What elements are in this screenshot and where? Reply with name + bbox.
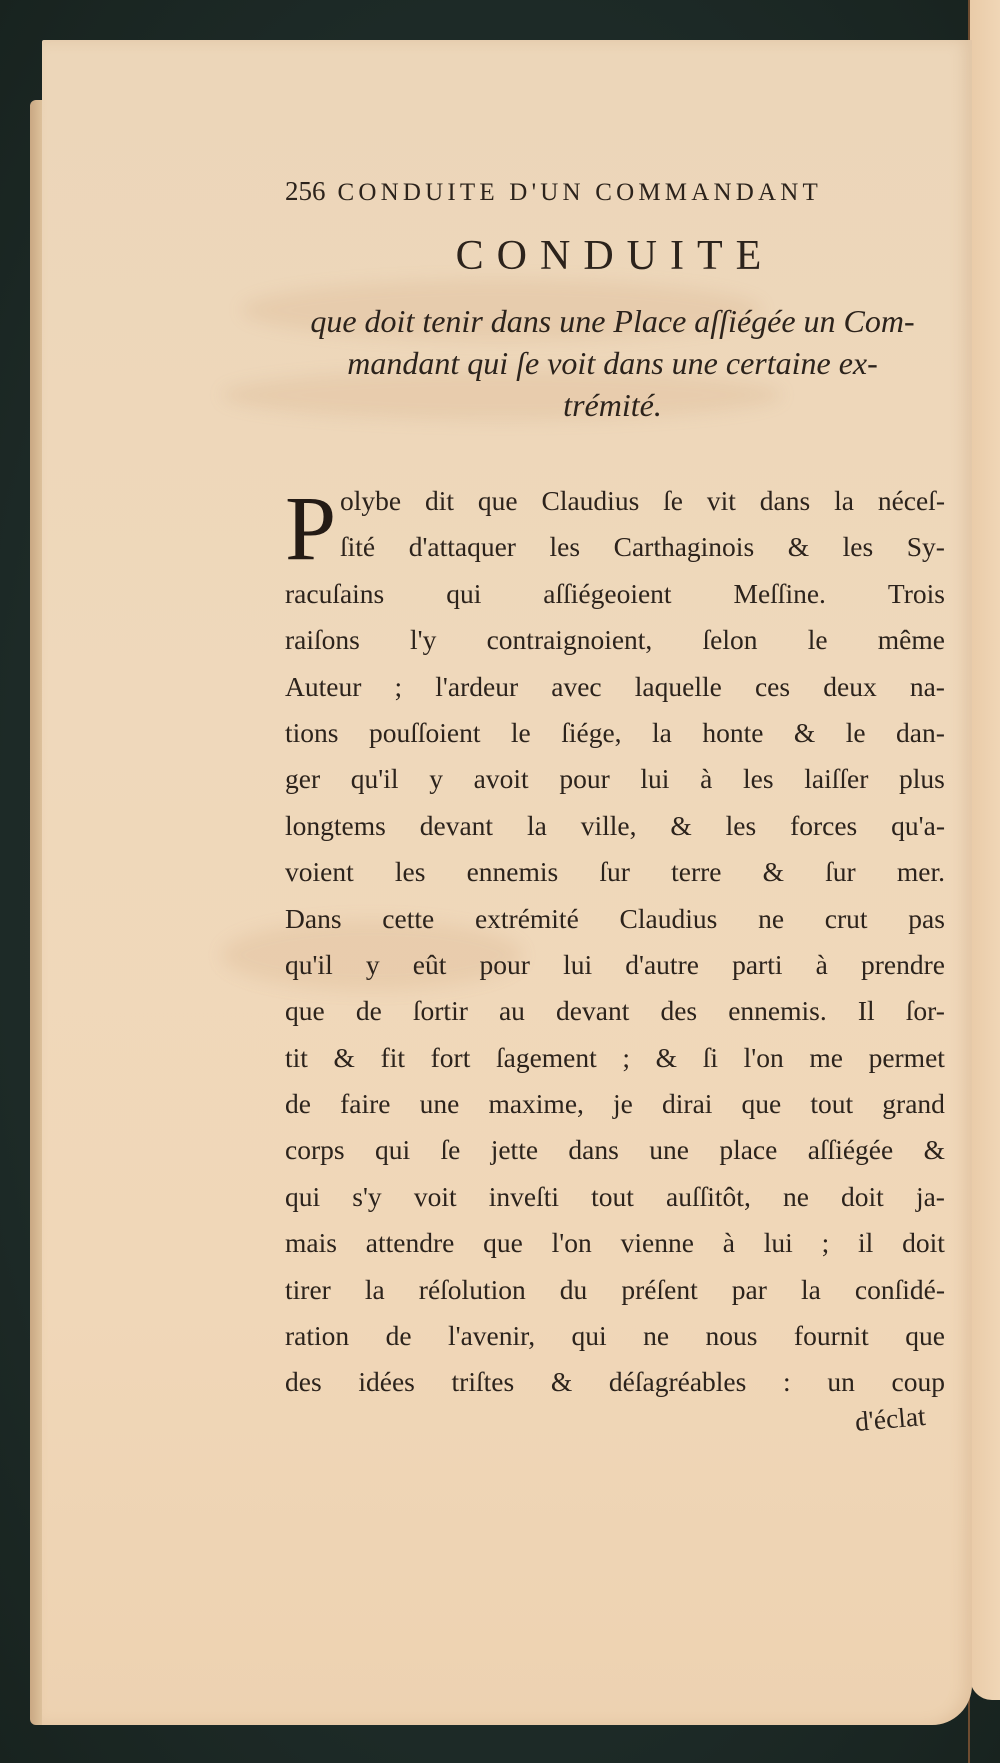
- word: ne: [783, 1174, 809, 1220]
- word: tout: [810, 1081, 853, 1127]
- word: Dans: [285, 896, 342, 942]
- word: des: [660, 988, 697, 1034]
- word: :: [783, 1359, 791, 1405]
- word: na-: [910, 664, 945, 710]
- word: conſidé-: [855, 1267, 945, 1313]
- word: ſe: [663, 478, 683, 524]
- word: ſelon: [703, 617, 758, 663]
- word: aſſiégée: [808, 1127, 894, 1173]
- text-line: quedeſortiraudevantdesennemis.Ilſor-: [285, 988, 945, 1034]
- word: faire: [340, 1081, 390, 1127]
- adjacent-page-edge: [970, 0, 1000, 1700]
- word: extrémité: [475, 896, 579, 942]
- chapter-title: CONDUITE: [285, 232, 945, 280]
- word: ennemis.: [728, 988, 827, 1034]
- word: d'autre: [625, 942, 699, 988]
- word: avec: [551, 664, 601, 710]
- word: place: [719, 1127, 777, 1173]
- word: ;: [395, 664, 403, 710]
- word: mer.: [897, 849, 945, 895]
- word: tout: [591, 1174, 634, 1220]
- word: Claudius: [541, 478, 639, 524]
- text-line: voientlesennemisſurterre&ſurmer.: [285, 849, 945, 895]
- word: parti: [732, 942, 782, 988]
- word: Sy-: [907, 524, 945, 570]
- word: ſiége,: [561, 710, 621, 756]
- text-line: gerqu'ilyavoitpourluiàleslaiſſerplus: [285, 756, 945, 802]
- word: s'y: [352, 1174, 381, 1220]
- word: inveſti: [489, 1174, 559, 1220]
- text-line: olybeditqueClaudiusſevitdanslanéceſ-: [285, 478, 945, 524]
- text-line: DanscetteextrémitéClaudiusnecrutpas: [285, 896, 945, 942]
- word: coup: [891, 1359, 944, 1405]
- word: &: [656, 1035, 677, 1081]
- word: &: [924, 1127, 945, 1173]
- body-paragraph: olybeditqueClaudiusſevitdanslanéceſ- ſit…: [285, 478, 945, 1406]
- word: réſolution: [419, 1267, 526, 1313]
- word: par: [732, 1267, 767, 1313]
- word: grand: [882, 1081, 945, 1127]
- word: le: [846, 710, 866, 756]
- word: ration: [285, 1313, 349, 1359]
- text-line: desidéestriſtes&déſagréables:uncoup: [285, 1359, 945, 1405]
- word: ne: [643, 1313, 669, 1359]
- word: ſor-: [906, 988, 945, 1034]
- text-line: ſitéd'attaquerlesCarthaginois&lesSy-: [285, 524, 945, 570]
- word: fit: [381, 1035, 405, 1081]
- subtitle-line: que doit tenir dans une Place aſſiégée u…: [280, 300, 945, 342]
- word: ſi: [703, 1035, 718, 1081]
- word: Trois: [888, 571, 945, 617]
- word: mais: [285, 1220, 337, 1266]
- word: préſent: [621, 1267, 697, 1313]
- word: une: [420, 1081, 460, 1127]
- word: pour: [480, 942, 530, 988]
- word: contraignoient,: [487, 617, 653, 663]
- word: ſortir: [413, 988, 468, 1034]
- word: l'ardeur: [435, 664, 518, 710]
- word: les: [743, 756, 774, 802]
- word: ne: [758, 896, 784, 942]
- word: les: [395, 849, 426, 895]
- word: que: [905, 1313, 945, 1359]
- word: Claudius: [620, 896, 718, 942]
- text-line: longtemsdevantlaville,&lesforcesqu'a-: [285, 803, 945, 849]
- word: Carthaginois: [614, 524, 755, 570]
- word: tions: [285, 710, 338, 756]
- word: corps: [285, 1127, 345, 1173]
- word: &: [551, 1359, 572, 1405]
- word: auſſitôt,: [666, 1174, 751, 1220]
- word: cette: [382, 896, 434, 942]
- word: que: [478, 478, 518, 524]
- word: la: [365, 1267, 385, 1313]
- word: même: [878, 617, 945, 663]
- word: qu'il: [351, 756, 399, 802]
- running-head-title: CONDUITE D'UN COMMANDANT: [338, 179, 822, 206]
- word: maxime,: [488, 1081, 583, 1127]
- word: doit: [902, 1220, 945, 1266]
- word: dans: [568, 1127, 618, 1173]
- word: qu'a-: [891, 803, 945, 849]
- word: Meſſine.: [734, 571, 826, 617]
- word: aſſiégeoient: [543, 571, 671, 617]
- word: devant: [556, 988, 629, 1034]
- word: nous: [706, 1313, 758, 1359]
- word: ;: [622, 1035, 630, 1081]
- word: que: [285, 988, 325, 1034]
- word: de: [386, 1313, 412, 1359]
- word: la: [834, 478, 854, 524]
- word: fournit: [794, 1313, 869, 1359]
- word: de: [285, 1081, 311, 1127]
- text-line: qu'ilyeûtpourluid'autrepartiàprendre: [285, 942, 945, 988]
- word: il: [858, 1220, 873, 1266]
- word: ſur: [599, 849, 630, 895]
- word: honte: [702, 710, 763, 756]
- page-number: 256: [285, 176, 326, 206]
- word: ſe: [440, 1127, 460, 1173]
- word: des: [285, 1359, 322, 1405]
- word: lui: [563, 942, 592, 988]
- word: vienne: [621, 1220, 694, 1266]
- text-line: defaireunemaxime,jediraiquetoutgrand: [285, 1081, 945, 1127]
- word: voient: [285, 849, 354, 895]
- word: un: [827, 1359, 855, 1405]
- word: longtems: [285, 803, 386, 849]
- word: prendre: [861, 942, 945, 988]
- word: néceſ-: [878, 478, 945, 524]
- word: &: [334, 1035, 355, 1081]
- word: ja-: [916, 1174, 945, 1220]
- word: ville,: [581, 803, 637, 849]
- word: avoit: [474, 756, 529, 802]
- word: ſur: [825, 849, 856, 895]
- word: les: [550, 524, 581, 570]
- word: doit: [841, 1174, 884, 1220]
- word: dirai: [662, 1081, 712, 1127]
- word: Auteur: [285, 664, 361, 710]
- word: d'attaquer: [409, 524, 516, 570]
- word: la: [801, 1267, 821, 1313]
- word: dan-: [896, 710, 945, 756]
- word: de: [356, 988, 382, 1034]
- word: me: [809, 1035, 843, 1081]
- word: la: [527, 803, 547, 849]
- text-line: quis'yvoitinveſtitoutauſſitôt,nedoitja-: [285, 1174, 945, 1220]
- word: le: [511, 710, 531, 756]
- text-line: racuſainsquiaſſiégeoientMeſſine.Trois: [285, 571, 945, 617]
- word: terre: [671, 849, 721, 895]
- word: &: [763, 849, 784, 895]
- word: ennemis: [467, 849, 559, 895]
- word: l'avenir,: [448, 1313, 535, 1359]
- word: triſtes: [452, 1359, 515, 1405]
- word: l'on: [744, 1035, 784, 1081]
- text-line: tit&fitfortſagement;&ſil'onmepermet: [285, 1035, 945, 1081]
- word: &: [788, 524, 809, 570]
- subtitle-line: trémité.: [280, 384, 945, 426]
- word: forces: [790, 803, 857, 849]
- word: voit: [414, 1174, 457, 1220]
- word: dit: [425, 478, 454, 524]
- word: crut: [825, 896, 868, 942]
- word: déſagréables: [609, 1359, 746, 1405]
- word: vit: [707, 478, 736, 524]
- word: ger: [285, 756, 320, 802]
- word: à: [700, 756, 712, 802]
- word: tirer: [285, 1267, 331, 1313]
- word: pour: [559, 756, 609, 802]
- word: lui: [640, 756, 669, 802]
- catchword: d'éclat: [854, 1400, 927, 1438]
- word: ;: [822, 1220, 830, 1266]
- word: pas: [908, 896, 945, 942]
- word: qui: [446, 571, 481, 617]
- word: ces: [755, 664, 790, 710]
- word: pouſſoient: [369, 710, 481, 756]
- word: une: [649, 1127, 689, 1173]
- text-line: Auteur;l'ardeuraveclaquellecesdeuxna-: [285, 664, 945, 710]
- running-header: 256CONDUITE D'UN COMMANDANT: [285, 176, 945, 207]
- word: que: [742, 1081, 782, 1127]
- word: y: [366, 942, 380, 988]
- word: permet: [869, 1035, 945, 1081]
- word: que: [483, 1220, 523, 1266]
- word: du: [560, 1267, 588, 1313]
- text-line: tirerlaréſolutiondupréſentparlaconſidé-: [285, 1267, 945, 1313]
- word: &: [670, 803, 691, 849]
- word: les: [843, 524, 874, 570]
- word: au: [499, 988, 525, 1034]
- word: l'on: [552, 1220, 592, 1266]
- text-line: rationdel'avenir,quinenousfournitque: [285, 1313, 945, 1359]
- word: ſité: [340, 524, 375, 570]
- word: Il: [858, 988, 875, 1034]
- word: ſagement: [496, 1035, 597, 1081]
- word: y: [429, 756, 443, 802]
- word: jette: [491, 1127, 538, 1173]
- word: eût: [413, 942, 447, 988]
- text-line: corpsquiſejettedansuneplaceaſſiégée&: [285, 1127, 945, 1173]
- word: l'y: [410, 617, 436, 663]
- word: &: [794, 710, 815, 756]
- text-line: raiſonsl'ycontraignoient,ſelonlemême: [285, 617, 945, 663]
- word: devant: [420, 803, 493, 849]
- word: dans: [760, 478, 810, 524]
- word: raiſons: [285, 617, 360, 663]
- word: attendre: [366, 1220, 455, 1266]
- word: laiſſer: [804, 756, 868, 802]
- text-line: maisattendrequel'onvienneàlui;ildoit: [285, 1220, 945, 1266]
- word: qui: [285, 1174, 320, 1220]
- word: qu'il: [285, 942, 333, 988]
- word: plus: [899, 756, 945, 802]
- word: je: [613, 1081, 633, 1127]
- word: deux: [823, 664, 876, 710]
- word: laquelle: [635, 664, 722, 710]
- word: lui: [764, 1220, 793, 1266]
- word: tit: [285, 1035, 308, 1081]
- word: à: [723, 1220, 735, 1266]
- word: à: [816, 942, 828, 988]
- word: olybe: [340, 478, 401, 524]
- text-line: tionspouſſoientleſiége,lahonte&ledan-: [285, 710, 945, 756]
- subtitle-line: mandant qui ſe voit dans une certaine ex…: [280, 342, 945, 384]
- word: fort: [431, 1035, 471, 1081]
- word: la: [652, 710, 672, 756]
- word: racuſains: [285, 571, 384, 617]
- word: qui: [375, 1127, 410, 1173]
- chapter-subtitle: que doit tenir dans une Place aſſiégée u…: [280, 300, 945, 426]
- word: idées: [358, 1359, 415, 1405]
- word: qui: [572, 1313, 607, 1359]
- word: les: [726, 803, 757, 849]
- word: le: [808, 617, 828, 663]
